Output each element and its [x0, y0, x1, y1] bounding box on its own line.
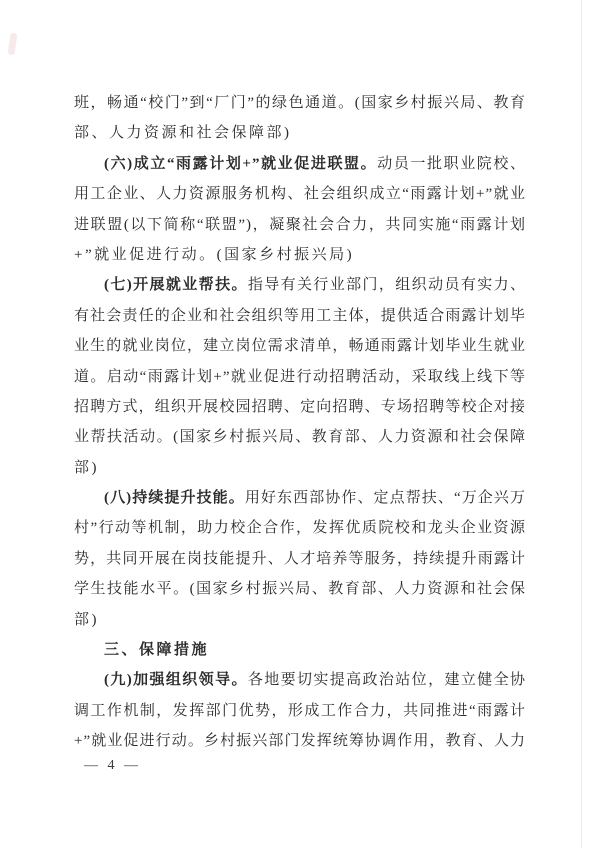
text-line: 部) [74, 605, 526, 635]
text-segment: 道。启动“雨露计划+”就业促进行动招聘活动，采取线上线下等 [74, 369, 526, 385]
text-segment: 业帮扶活动。(国家乡村振兴局、教育部、人力资源和社会保障 [74, 429, 526, 445]
text-line: 村”行动等机制，助力校企合作，发挥优质院校和龙头企业资源优 [74, 513, 526, 543]
text-line: 三、保障措施 [74, 635, 526, 665]
text-line: 招聘方式，组织开展校园招聘、定向招聘、专场招聘等校企对接就 [74, 392, 526, 422]
text-segment: 业生的就业岗位，建立岗位需求清单，畅通雨露计划毕业生就业渠 [74, 338, 526, 361]
text-line: 部、人力资源和社会保障部) [74, 118, 526, 148]
scan-artifact-edge-line [581, 0, 582, 848]
text-line: (六)成立“雨露计划+”就业促进联盟。动员一批职业院校、 [74, 149, 526, 179]
text-line: 进联盟(以下简称“联盟”)，凝聚社会合力，共同实施“雨露计划 [74, 210, 526, 240]
text-segment: 各地要切实提高政治站位，建立健全协 [248, 672, 526, 688]
heading-segment: 三、保障措施 [104, 642, 209, 658]
heading-segment: (六)成立“雨露计划+”就业促进联盟。 [104, 156, 377, 172]
text-segment: 部、人力资源和社会保障部) [74, 125, 292, 141]
text-line: 业生的就业岗位，建立岗位需求清单，畅通雨露计划毕业生就业渠 [74, 331, 526, 361]
text-segment: 进联盟(以下简称“联盟”)，凝聚社会合力，共同实施“雨露计划 [74, 217, 526, 233]
document-body: 班，畅通“校门”到“厂门”的绿色通道。(国家乡村振兴局、教育部、人力资源和社会保… [74, 88, 526, 757]
text-segment: 用工企业、人力资源服务机构、社会组织成立“雨露计划+”就业促 [74, 186, 526, 209]
text-line: (九)加强组织领导。各地要切实提高政治站位，建立健全协 [74, 665, 526, 695]
scan-artifact-corner [8, 33, 18, 56]
text-line: 业帮扶活动。(国家乡村振兴局、教育部、人力资源和社会保障 [74, 422, 526, 452]
text-segment: 势，共同开展在岗技能提升、人才培养等服务，持续提升雨露计划 [74, 551, 526, 574]
heading-segment: (九)加强组织领导。 [104, 672, 248, 688]
text-line: 班，畅通“校门”到“厂门”的绿色通道。(国家乡村振兴局、教育 [74, 88, 526, 118]
text-segment: 动员一批职业院校、 [377, 156, 526, 172]
text-segment: 有社会责任的企业和社会组织等用工主体，提供适合雨露计划毕 [74, 308, 526, 324]
heading-segment: (八)持续提升技能。 [104, 490, 245, 506]
text-line: 道。启动“雨露计划+”就业促进行动招聘活动，采取线上线下等 [74, 362, 526, 392]
text-segment: +”就业促进行动。(国家乡村振兴局) [74, 247, 354, 263]
text-line: (七)开展就业帮扶。指导有关行业部门，组织动员有实力、 [74, 270, 526, 300]
text-line: +”就业促进行动。乡村振兴部门发挥统筹协调作用，教育、人力 [74, 726, 526, 756]
text-segment: 用好东西部协作、定点帮扶、“万企兴万 [245, 490, 526, 506]
text-segment: 调工作机制，发挥部门优势，形成工作合力，共同推进“雨露计划 [74, 703, 526, 726]
text-line: 部) [74, 453, 526, 483]
text-segment: 部) [74, 460, 99, 476]
text-segment: 学生技能水平。(国家乡村振兴局、教育部、人力资源和社会保障 [74, 581, 526, 604]
text-line: 学生技能水平。(国家乡村振兴局、教育部、人力资源和社会保障 [74, 574, 526, 604]
text-segment: 班，畅通“校门”到“厂门”的绿色通道。(国家乡村振兴局、教育 [74, 95, 526, 111]
scanned-document-page: 班，畅通“校门”到“厂门”的绿色通道。(国家乡村振兴局、教育部、人力资源和社会保… [0, 0, 600, 848]
text-line: 调工作机制，发挥部门优势，形成工作合力，共同推进“雨露计划 [74, 696, 526, 726]
text-line: +”就业促进行动。(国家乡村振兴局) [74, 240, 526, 270]
text-segment: 部) [74, 612, 99, 628]
text-line: 势，共同开展在岗技能提升、人才培养等服务，持续提升雨露计划 [74, 544, 526, 574]
heading-segment: (七)开展就业帮扶。 [104, 277, 248, 293]
text-segment: 招聘方式，组织开展校园招聘、定向招聘、专场招聘等校企对接就 [74, 399, 526, 422]
text-segment: +”就业促进行动。乡村振兴部门发挥统筹协调作用，教育、人力 [74, 733, 526, 749]
text-line: (八)持续提升技能。用好东西部协作、定点帮扶、“万企兴万 [74, 483, 526, 513]
text-segment: 村”行动等机制，助力校企合作，发挥优质院校和龙头企业资源优 [74, 520, 526, 543]
text-segment: 指导有关行业部门，组织动员有实力、 [248, 277, 526, 293]
text-line: 用工企业、人力资源服务机构、社会组织成立“雨露计划+”就业促 [74, 179, 526, 209]
page-number: — 4 — [84, 758, 141, 774]
text-line: 有社会责任的企业和社会组织等用工主体，提供适合雨露计划毕 [74, 301, 526, 331]
